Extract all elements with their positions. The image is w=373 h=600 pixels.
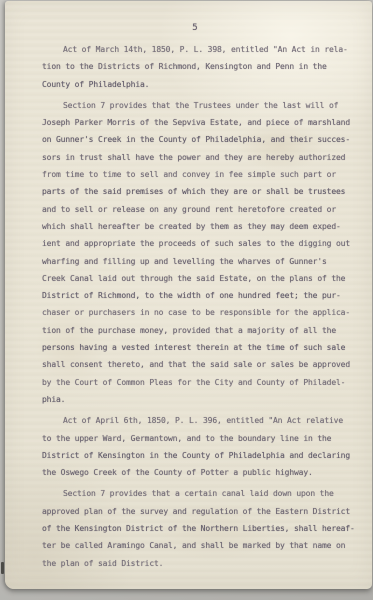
text-line: sors in trust shall have the power and t… [42, 149, 350, 166]
text-line: of the Kensington District of the Northe… [42, 520, 350, 537]
text-line: Creek Canal laid out through the said Es… [42, 270, 350, 287]
text-line: Act of April 6th, 1850, P. L. 396, entit… [42, 412, 350, 429]
text-line: the plan of said District. [42, 555, 350, 572]
text-line: on Gunner's Creek in the County of Phila… [42, 131, 350, 148]
text-line: wharfing and filling up and levelling th… [42, 253, 350, 270]
text-line: approved plan of the survey and regulati… [42, 503, 350, 520]
text-line: tion of the purchase money, provided tha… [42, 322, 350, 339]
text-line: chaser or purchasers in no case to be re… [42, 304, 350, 321]
text-line: tion to the Districts of Richmond, Kensi… [42, 58, 350, 75]
text-line: from time to time to sell and convey in … [42, 166, 350, 183]
page-number: 5 [42, 23, 348, 33]
paragraph-section-7-aramingo-canal: Section 7 provides that a certain canal … [42, 485, 350, 571]
text-line: by the Court of Common Pleas for the Cit… [42, 374, 350, 391]
text-line: Section 7 provides that a certain canal … [42, 485, 350, 502]
text-line: phia. [42, 391, 350, 408]
text-line: to the upper Ward, Germantown, and to th… [42, 430, 350, 447]
text-line: District of Richmond, to the width of on… [42, 287, 350, 304]
text-line: Section 7 provides that the Trustees und… [42, 97, 350, 114]
text-line: which shall hereafter be created by them… [42, 218, 350, 235]
scanned-page: 5 Act of March 14th, 1850, P. L. 398, en… [0, 0, 373, 600]
text-block: Act of March 14th, 1850, P. L. 398, enti… [42, 41, 350, 576]
text-line: County of Philadelphia. [42, 76, 350, 93]
paragraph-section-7-sepviva-estate: Section 7 provides that the Trustees und… [42, 97, 350, 408]
text-line: District of Kensington in the County of … [42, 447, 350, 464]
text-line: ient and appropriate the proceeds of suc… [42, 235, 350, 252]
text-line: the Oswego Creek of the County of Potter… [42, 464, 350, 481]
text-line: and to sell or release on any ground ren… [42, 201, 350, 218]
text-line: shall consent thereto, and that the said… [42, 356, 350, 373]
spine-mark [1, 562, 4, 574]
paragraph-act-april-1850: Act of April 6th, 1850, P. L. 396, entit… [42, 412, 350, 481]
text-line: Joseph Parker Morris of the Sepviva Esta… [42, 114, 350, 131]
paragraph-act-march-1850: Act of March 14th, 1850, P. L. 398, enti… [42, 41, 350, 93]
document-page: 5 Act of March 14th, 1850, P. L. 398, en… [5, 1, 372, 589]
text-line: Act of March 14th, 1850, P. L. 398, enti… [42, 41, 350, 58]
text-line: persons having a vested interest therein… [42, 339, 350, 356]
text-line: ter be called Aramingo Canal, and shall … [42, 537, 350, 554]
text-line: parts of the said premises of which they… [42, 183, 350, 200]
